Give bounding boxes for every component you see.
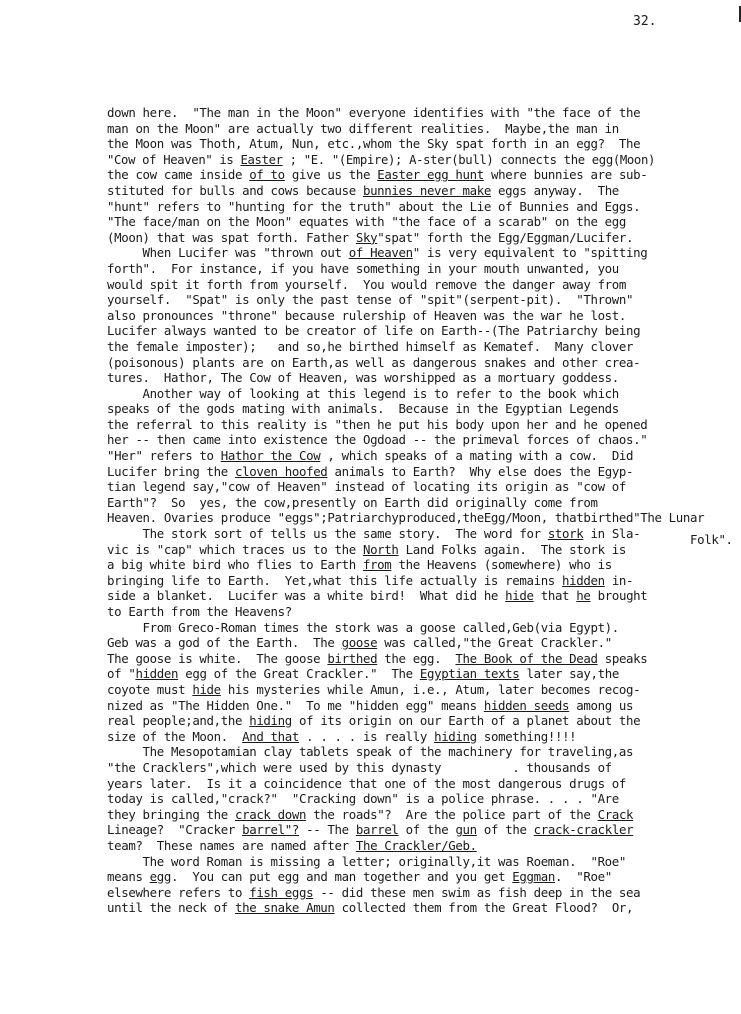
underlined-phrase: Easter egg hunt xyxy=(377,167,484,182)
text-line: side a blanket. Lucifer was a white bird… xyxy=(107,588,741,604)
underlined-phrase: the snake Amun xyxy=(235,900,335,915)
text-run: his mysteries while Amun, i.e., Atum, la… xyxy=(221,682,640,697)
underlined-phrase: North xyxy=(363,542,399,557)
text-line: nized as "The Hidden One." To me "hidden… xyxy=(107,698,741,714)
text-run: of " xyxy=(107,666,135,681)
text-run: they bringing the xyxy=(107,807,235,822)
text-run: coyote must xyxy=(107,682,192,697)
text-run: vic is "cap" which traces us to the xyxy=(107,542,363,557)
text-run: The Mesopotamian clay tablets speak of t… xyxy=(107,744,633,759)
text-run: eggs anyway. The xyxy=(491,183,619,198)
underlined-phrase: hiding xyxy=(249,713,292,728)
text-line: man on the Moon" are actually two differ… xyxy=(107,121,741,137)
text-run: real people;and,the xyxy=(107,713,249,728)
text-run: . "Roe" xyxy=(555,869,612,884)
text-run: of the xyxy=(477,822,534,837)
underlined-phrase: hide xyxy=(192,682,220,697)
text-line: tures. Hathor, The Cow of Heaven, was wo… xyxy=(107,370,741,386)
text-line: down here. "The man in the Moon" everyon… xyxy=(107,105,741,121)
text-run: bringing life to Earth. Yet,what this li… xyxy=(107,573,562,588)
text-run: where bunnies are sub- xyxy=(484,167,648,182)
underlined-phrase: hidden xyxy=(562,573,605,588)
text-run: in Sla- xyxy=(583,526,640,541)
document-page: 32. down here. "The man in the Moon" eve… xyxy=(0,0,741,1014)
text-run: tian legend say,"cow of Heaven" instead … xyxy=(107,479,626,494)
text-line: would spit it forth from yourself. You w… xyxy=(107,277,741,293)
underlined-phrase: of Heaven xyxy=(349,245,413,260)
text-line: her -- then came into existence the Ogdo… xyxy=(107,432,741,448)
text-line: When Lucifer was "thrown out of Heaven" … xyxy=(107,245,741,261)
text-line: real people;and,the hiding of its origin… xyxy=(107,713,741,729)
underlined-phrase: goose xyxy=(342,635,378,650)
text-run: side a blanket. Lucifer was a white bird… xyxy=(107,588,505,603)
text-run: The word Roman is missing a letter; orig… xyxy=(107,854,626,869)
underlined-phrase: of to xyxy=(249,167,285,182)
text-run: Lineage? "Cracker xyxy=(107,822,242,837)
text-run: speaks of the gods mating with animals. … xyxy=(107,401,619,416)
underlined-phrase: fish eggs xyxy=(249,885,313,900)
text-run: speaks xyxy=(598,651,648,666)
text-run: ; "E. "(Empire); A-ster(bull) connects t… xyxy=(283,152,655,167)
underlined-phrase: barrel"? xyxy=(242,822,299,837)
text-line: "hunt" refers to "hunting for the truth"… xyxy=(107,199,741,215)
text-run: The goose is white. The goose xyxy=(107,651,327,666)
text-run: team? These names are named after xyxy=(107,838,356,853)
underlined-phrase: hide xyxy=(505,588,533,603)
text-line: the Moon was Thoth, Atum, Nun, etc.,whom… xyxy=(107,136,741,152)
text-run: among us xyxy=(569,698,633,713)
text-line: the female imposter); and so,he birthed … xyxy=(107,339,741,355)
underlined-phrase: Egyptian texts xyxy=(420,666,520,681)
text-run: of its origin on our Earth of a planet a… xyxy=(292,713,640,728)
text-line: the cow came inside of to give us the Ea… xyxy=(107,167,741,183)
text-line: yourself. "Spat" is only the past tense … xyxy=(107,292,741,308)
underlined-phrase: gun xyxy=(455,822,476,837)
underlined-phrase: Eggman xyxy=(512,869,555,884)
text-line: forth". For instance, if you have someth… xyxy=(107,261,741,277)
text-run: elsewhere refers to xyxy=(107,885,249,900)
text-run: brought xyxy=(591,588,648,603)
text-line: "Cow of Heaven" is Easter ; "E. "(Empire… xyxy=(107,152,739,168)
text-run: "The face/man on the Moon" equates with … xyxy=(107,214,626,229)
text-run: Heaven. Ovaries produce "eggs";Patriarch… xyxy=(107,510,704,525)
text-run: Geb was a god of the Earth. The xyxy=(107,635,342,650)
text-run: until the neck of xyxy=(107,900,235,915)
text-run: something!!!! xyxy=(477,729,577,744)
text-line: of "hidden egg of the Great Crackler." T… xyxy=(107,666,741,682)
text-line: to Earth from the Heavens? xyxy=(107,604,741,620)
text-run: . You can put egg and man together and y… xyxy=(171,869,512,884)
text-line: "Her" refers to Hathor the Cow , which s… xyxy=(107,448,741,464)
underlined-phrase: Hathor the Cow xyxy=(221,448,321,463)
text-line: Heaven. Ovaries produce "eggs";Patriarch… xyxy=(107,510,741,526)
text-run: the female imposter); and so,he birthed … xyxy=(107,339,633,354)
text-run: -- The xyxy=(299,822,356,837)
text-line: also pronounces "throne" because rulersh… xyxy=(107,308,741,324)
underlined-phrase: he xyxy=(576,588,590,603)
text-line: Lucifer bring the cloven hoofed animals … xyxy=(107,464,741,480)
text-line: speaks of the gods mating with animals. … xyxy=(107,401,741,417)
text-run: " is very equivalent to "spitting xyxy=(413,245,648,260)
underlined-phrase: barrel xyxy=(356,822,399,837)
text-line: years later. Is it a coincidence that on… xyxy=(107,776,741,792)
text-run: was called,"the Great Crackler." xyxy=(377,635,612,650)
underlined-phrase: The Crackler/Geb. xyxy=(356,838,477,853)
text-run: means xyxy=(107,869,150,884)
text-run: animals to Earth? Why else does the Egyp… xyxy=(327,464,633,479)
text-run: -- did these men swim as fish deep in th… xyxy=(313,885,640,900)
text-run: would spit it forth from yourself. You w… xyxy=(107,277,626,292)
underlined-phrase: hiding xyxy=(434,729,477,744)
underlined-phrase: The Book of the Dead xyxy=(455,651,597,666)
text-run: , which speaks of a mating with a cow. D… xyxy=(320,448,633,463)
text-line: The stork sort of tells us the same stor… xyxy=(107,526,741,542)
text-run: Lucifer bring the xyxy=(107,464,235,479)
text-run: later say,the xyxy=(519,666,619,681)
text-line: they bringing the crack down the roads"?… xyxy=(107,807,741,823)
text-run: Earth"? So yes, the cow,presently on Ear… xyxy=(107,495,598,510)
underlined-phrase: Sky xyxy=(356,230,377,245)
text-line: The word Roman is missing a letter; orig… xyxy=(107,854,741,870)
text-run: nized as "The Hidden One." To me "hidden… xyxy=(107,698,484,713)
text-line: stituted for bulls and cows because bunn… xyxy=(107,183,741,199)
text-line: means egg. You can put egg and man toget… xyxy=(107,869,741,885)
margin-continuation-text: Folk". xyxy=(690,532,733,547)
body-text: down here. "The man in the Moon" everyon… xyxy=(107,105,741,916)
text-run: yourself. "Spat" is only the past tense … xyxy=(107,292,633,307)
text-run: her -- then came into existence the Ogdo… xyxy=(107,432,647,447)
text-run: collected them from the Great Flood? Or, xyxy=(335,900,634,915)
text-run: man on the Moon" are actually two differ… xyxy=(107,121,619,136)
text-line: The Mesopotamian clay tablets speak of t… xyxy=(107,744,741,760)
text-run: "the Cracklers",which were used by this … xyxy=(107,760,612,775)
text-line: The goose is white. The goose birthed th… xyxy=(107,651,741,667)
text-line: Geb was a god of the Earth. The goose wa… xyxy=(107,635,741,651)
text-run: to Earth from the Heavens? xyxy=(107,604,292,619)
underlined-phrase: crack down xyxy=(235,807,306,822)
underlined-phrase: And that xyxy=(242,729,299,744)
text-line: "the Cracklers",which were used by this … xyxy=(107,760,741,776)
underlined-phrase: stork xyxy=(548,526,584,541)
text-run: tures. Hathor, The Cow of Heaven, was wo… xyxy=(107,370,619,385)
underlined-phrase: Easter xyxy=(240,152,282,167)
text-run: egg of the Great Crackler." The xyxy=(178,666,420,681)
underlined-phrase: birthed xyxy=(327,651,377,666)
text-line: Earth"? So yes, the cow,presently on Ear… xyxy=(107,495,741,511)
text-run: today is called,"crack?" "Cracking down"… xyxy=(107,791,619,806)
text-run: of the xyxy=(399,822,456,837)
text-run: The stork sort of tells us the same stor… xyxy=(107,526,548,541)
text-run: When Lucifer was "thrown out xyxy=(107,245,349,260)
underlined-phrase: cloven hoofed xyxy=(235,464,327,479)
text-run: the cow came inside xyxy=(107,167,249,182)
text-run: a big white bird who flies to Earth xyxy=(107,557,363,572)
text-run: the egg. xyxy=(377,651,455,666)
text-run: Lucifer always wanted to be creator of l… xyxy=(107,323,640,338)
text-line: team? These names are named after The Cr… xyxy=(107,838,741,854)
underlined-phrase: from xyxy=(363,557,391,572)
text-line: From Greco-Roman times the stork was a g… xyxy=(107,620,741,636)
page-number: 32. xyxy=(633,14,656,29)
text-line: a big white bird who flies to Earth from… xyxy=(107,557,741,573)
text-line: vic is "cap" which traces us to the Nort… xyxy=(107,542,741,558)
text-line: size of the Moon. And that . . . . is re… xyxy=(107,729,741,745)
text-line: (poisonous) plants are on Earth,as well … xyxy=(107,355,741,371)
text-line: elsewhere refers to fish eggs -- did the… xyxy=(107,885,741,901)
text-line: Lineage? "Cracker barrel"? -- The barrel… xyxy=(107,822,741,838)
text-run: "Her" refers to xyxy=(107,448,221,463)
text-run: the Moon was Thoth, Atum, Nun, etc.,whom… xyxy=(107,136,640,151)
text-line: today is called,"crack?" "Cracking down"… xyxy=(107,791,741,807)
text-run: From Greco-Roman times the stork was a g… xyxy=(107,620,619,635)
text-run: "Cow of Heaven" is xyxy=(107,152,240,167)
text-run: (poisonous) plants are on Earth,as well … xyxy=(107,355,640,370)
text-run: that xyxy=(534,588,577,603)
text-run: "hunt" refers to "hunting for the truth"… xyxy=(107,199,640,214)
text-line: until the neck of the snake Amun collect… xyxy=(107,900,741,916)
text-run: size of the Moon. xyxy=(107,729,242,744)
text-run: the roads"? Are the police part of the xyxy=(306,807,598,822)
underlined-phrase: crack-crackler xyxy=(534,822,634,837)
underlined-phrase: bunnies never make xyxy=(363,183,491,198)
text-line: coyote must hide his mysteries while Amu… xyxy=(107,682,741,698)
text-line: tian legend say,"cow of Heaven" instead … xyxy=(107,479,741,495)
underlined-phrase: hidden seeds xyxy=(484,698,569,713)
text-run: Land Folks again. The stork is xyxy=(399,542,627,557)
text-line: the referral to this reality is "then he… xyxy=(107,417,741,433)
text-run: years later. Is it a coincidence that on… xyxy=(107,776,626,791)
text-run: Another way of looking at this legend is… xyxy=(107,386,619,401)
text-run: give us the xyxy=(285,167,377,182)
text-line: bringing life to Earth. Yet,what this li… xyxy=(107,573,741,589)
text-line: "The face/man on the Moon" equates with … xyxy=(107,214,741,230)
text-run: . . . . is really xyxy=(299,729,434,744)
underlined-phrase: egg xyxy=(150,869,171,884)
text-run: the Heavens (somewhere) who is xyxy=(391,557,611,572)
underlined-phrase: hidden xyxy=(135,666,178,681)
text-run: also pronounces "throne" because rulersh… xyxy=(107,308,626,323)
text-run: (Moon) that was spat forth. Father xyxy=(107,230,356,245)
text-line: Lucifer always wanted to be creator of l… xyxy=(107,323,741,339)
text-line: (Moon) that was spat forth. Father Sky"s… xyxy=(107,230,741,246)
text-run: "spat" forth the Egg/Eggman/Lucifer. xyxy=(377,230,633,245)
text-run: stituted for bulls and cows because xyxy=(107,183,363,198)
text-run: the referral to this reality is "then he… xyxy=(107,417,647,432)
text-line: Another way of looking at this legend is… xyxy=(107,386,741,402)
text-run: down here. "The man in the Moon" everyon… xyxy=(107,105,640,120)
text-run: forth". For instance, if you have someth… xyxy=(107,261,619,276)
underlined-phrase: Crack xyxy=(598,807,634,822)
text-run: in- xyxy=(605,573,633,588)
